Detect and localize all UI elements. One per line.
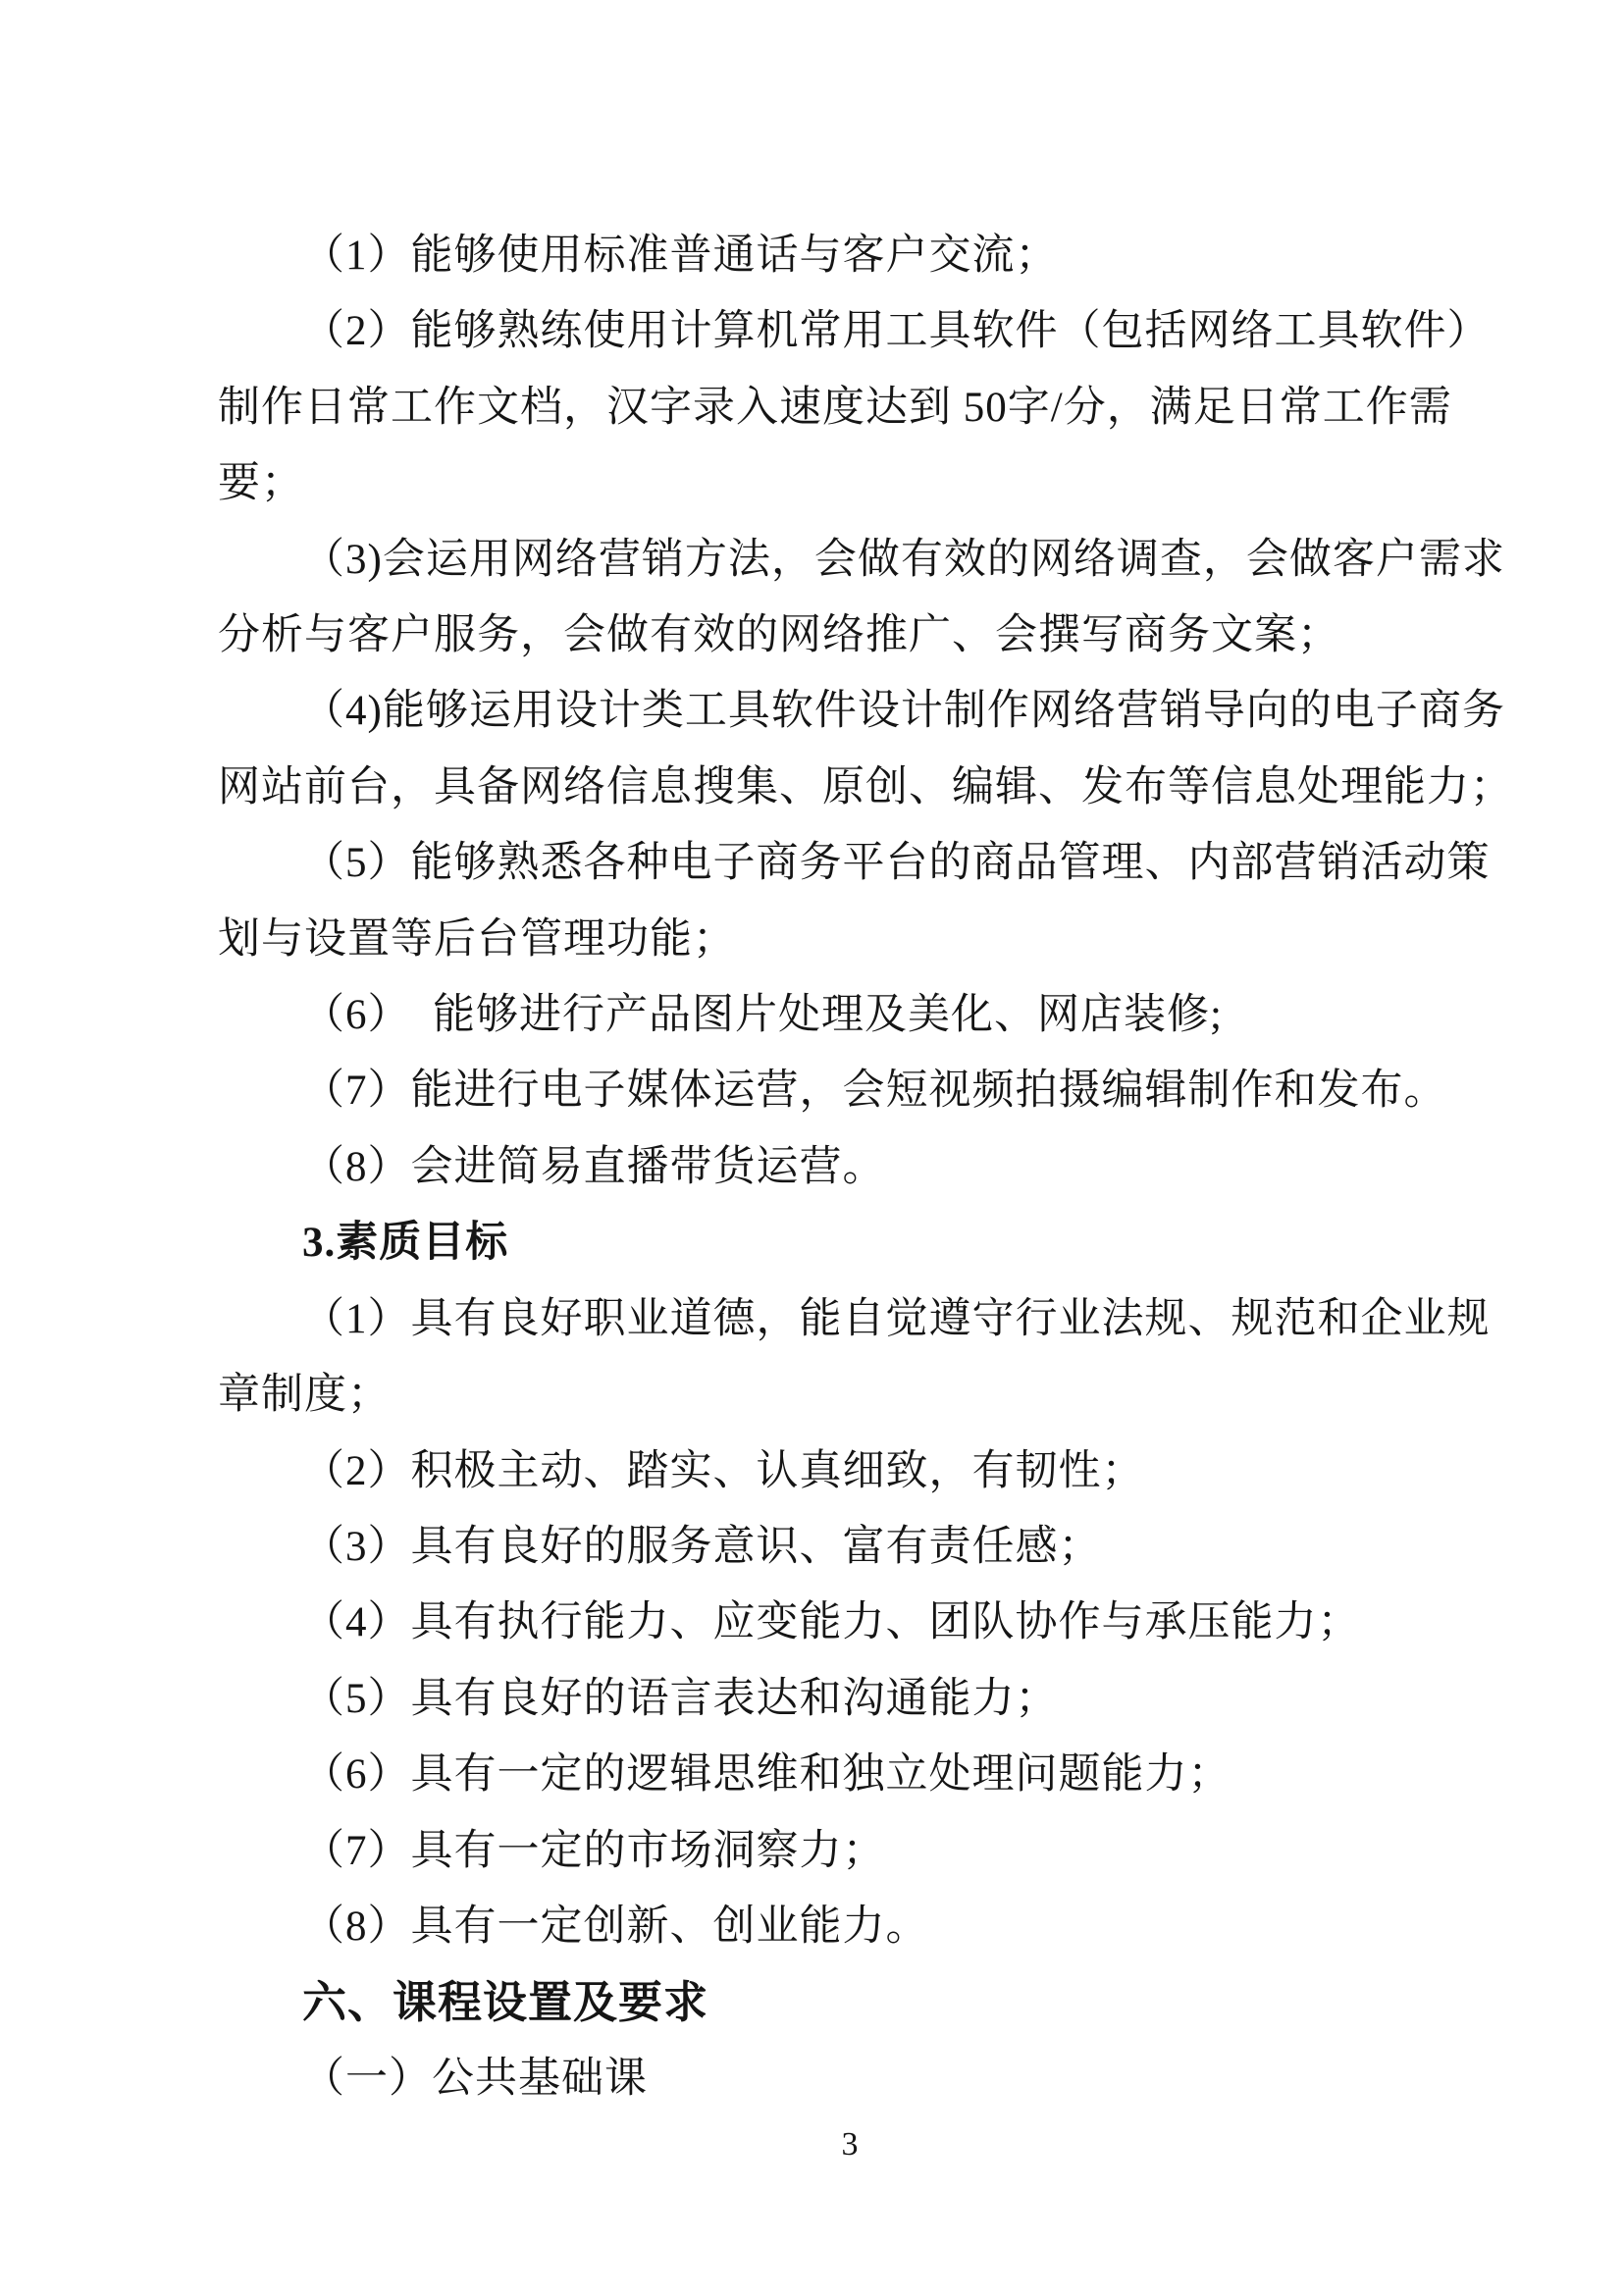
ability-item-line: 要； — [218, 445, 1482, 521]
ability-item-line: （4)能够运用设计类工具软件设计制作网络营销导向的电子商务 — [218, 673, 1482, 749]
quality-item-line: 章制度； — [218, 1357, 1482, 1433]
quality-item-line: （8）具有一定创新、创业能力。 — [218, 1889, 1482, 1964]
quality-item-line: （3）具有良好的服务意识、富有责任感； — [218, 1509, 1482, 1585]
ability-item-line: （3)会运用网络营销方法，会做有效的网络调查，会做客户需求 — [218, 522, 1482, 598]
ability-item-line: （5）能够熟悉各种电子商务平台的商品管理、内部营销活动策 — [218, 825, 1482, 901]
ability-item-line: （8）会进简易直播带货运营。 — [218, 1129, 1482, 1205]
quality-item-line: （6）具有一定的逻辑思维和独立处理问题能力； — [218, 1737, 1482, 1812]
ability-item-line: （6） 能够进行产品图片处理及美化、网店装修; — [218, 977, 1482, 1053]
ability-item-line: 网站前台，具备网络信息搜集、原创、编辑、发布等信息处理能力； — [218, 750, 1482, 825]
quality-item-line: （5）具有良好的语言表达和沟通能力； — [218, 1661, 1482, 1737]
ability-item-line: 划与设置等后台管理功能； — [218, 902, 1482, 977]
ability-item-line: 分析与客户服务，会做有效的网络推广、会撰写商务文案； — [218, 598, 1482, 673]
ability-item-line: （1）能够使用标准普通话与客户交流； — [218, 218, 1482, 293]
quality-item-line: （7）具有一定的市场洞察力； — [218, 1813, 1482, 1889]
quality-item-line: （1）具有良好职业道德，能自觉遵守行业法规、规范和企业规 — [218, 1281, 1482, 1357]
course-section-heading: 六、课程设置及要求 — [218, 1964, 1482, 2040]
page-number: 3 — [218, 2124, 1482, 2165]
document-page: （1）能够使用标准普通话与客户交流； （2）能够熟练使用计算机常用工具软件（包括… — [0, 0, 1624, 2295]
ability-item-line: 制作日常工作文档，汉字录入速度达到 50字/分，满足日常工作需 — [218, 370, 1482, 445]
quality-item-line: （4）具有执行能力、应变能力、团队协作与承压能力； — [218, 1585, 1482, 1660]
quality-item-line: （2）积极主动、踏实、认真细致，有韧性； — [218, 1434, 1482, 1509]
document-content: （1）能够使用标准普通话与客户交流； （2）能够熟练使用计算机常用工具软件（包括… — [218, 218, 1482, 2165]
public-basic-course-subheading: （一）公共基础课 — [218, 2041, 1482, 2116]
ability-item-line: （2）能够熟练使用计算机常用工具软件（包括网络工具软件） — [218, 293, 1482, 369]
quality-goals-heading: 3.素质目标 — [218, 1205, 1482, 1280]
ability-item-line: （7）能进行电子媒体运营，会短视频拍摄编辑制作和发布。 — [218, 1053, 1482, 1128]
